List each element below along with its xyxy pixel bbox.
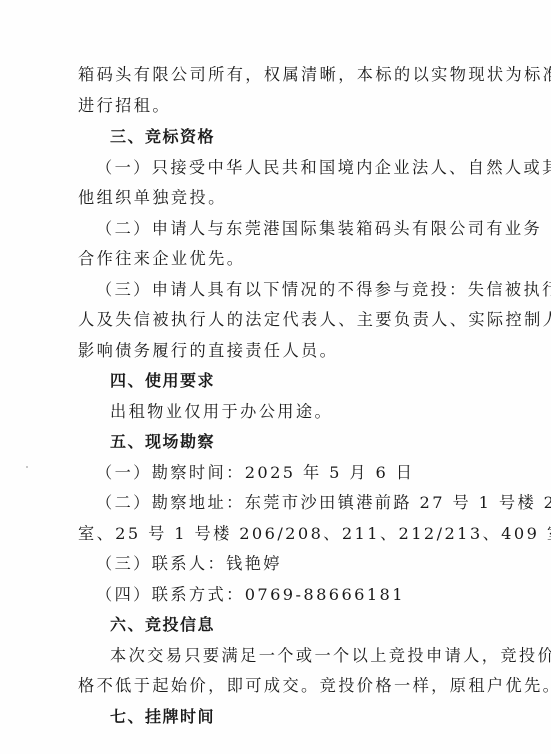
section-heading-listing-time: 七、挂牌时间 — [110, 702, 215, 732]
body-line: 箱码头有限公司所有，权属清晰，本标的以实物现状为标准 — [78, 60, 551, 90]
bidding-text: 本次交易只要满足一个或一个以上竞投申请人，竞投价 — [110, 641, 551, 671]
site-visit-contact-person: （三）联系人：钱艳婷 — [96, 549, 282, 579]
qualification-item-3: （三）申请人具有以下情况的不得参与竞投：失信被执行 — [96, 275, 551, 305]
section-heading-site-visit: 五、现场勘察 — [110, 427, 215, 457]
body-line: 影响债务履行的直接责任人员。 — [78, 336, 338, 366]
body-line: 格不低于起始价，即可成交。竞投价格一样，原租户优先。 — [78, 671, 551, 701]
document-page: 箱码头有限公司所有，权属清晰，本标的以实物现状为标准 进行招租。 三、竞标资格 … — [0, 0, 551, 754]
section-heading-usage: 四、使用要求 — [110, 366, 215, 396]
section-heading-bidding: 六、竞投信息 — [110, 610, 215, 640]
body-line: 合作往来企业优先。 — [78, 244, 245, 274]
body-line: 进行招租。 — [78, 91, 171, 121]
site-visit-contact-phone: （四）联系方式：0769-88666181 — [96, 580, 405, 610]
site-visit-address: （二）勘察地址：东莞市沙田镇港前路 27 号 1 号楼 218 — [96, 488, 551, 518]
body-line: 人及失信被执行人的法定代表人、主要负责人、实际控制人、 — [78, 305, 551, 335]
qualification-item-1: （一）只接受中华人民共和国境内企业法人、自然人或其 — [96, 153, 551, 183]
usage-text: 出租物业仅用于办公用途。 — [110, 397, 333, 427]
scan-speck — [26, 466, 28, 468]
qualification-item-2: （二）申请人与东莞港国际集装箱码头有限公司有业务 — [96, 214, 542, 244]
site-visit-date: （一）勘察时间：2025 年 5 月 6 日 — [96, 458, 414, 488]
section-heading-qualification: 三、竞标资格 — [110, 122, 215, 152]
body-line: 室、25 号 1 号楼 206/208、211、212/213、409 室 — [78, 519, 551, 549]
body-line: 他组织单独竞投。 — [78, 183, 227, 213]
